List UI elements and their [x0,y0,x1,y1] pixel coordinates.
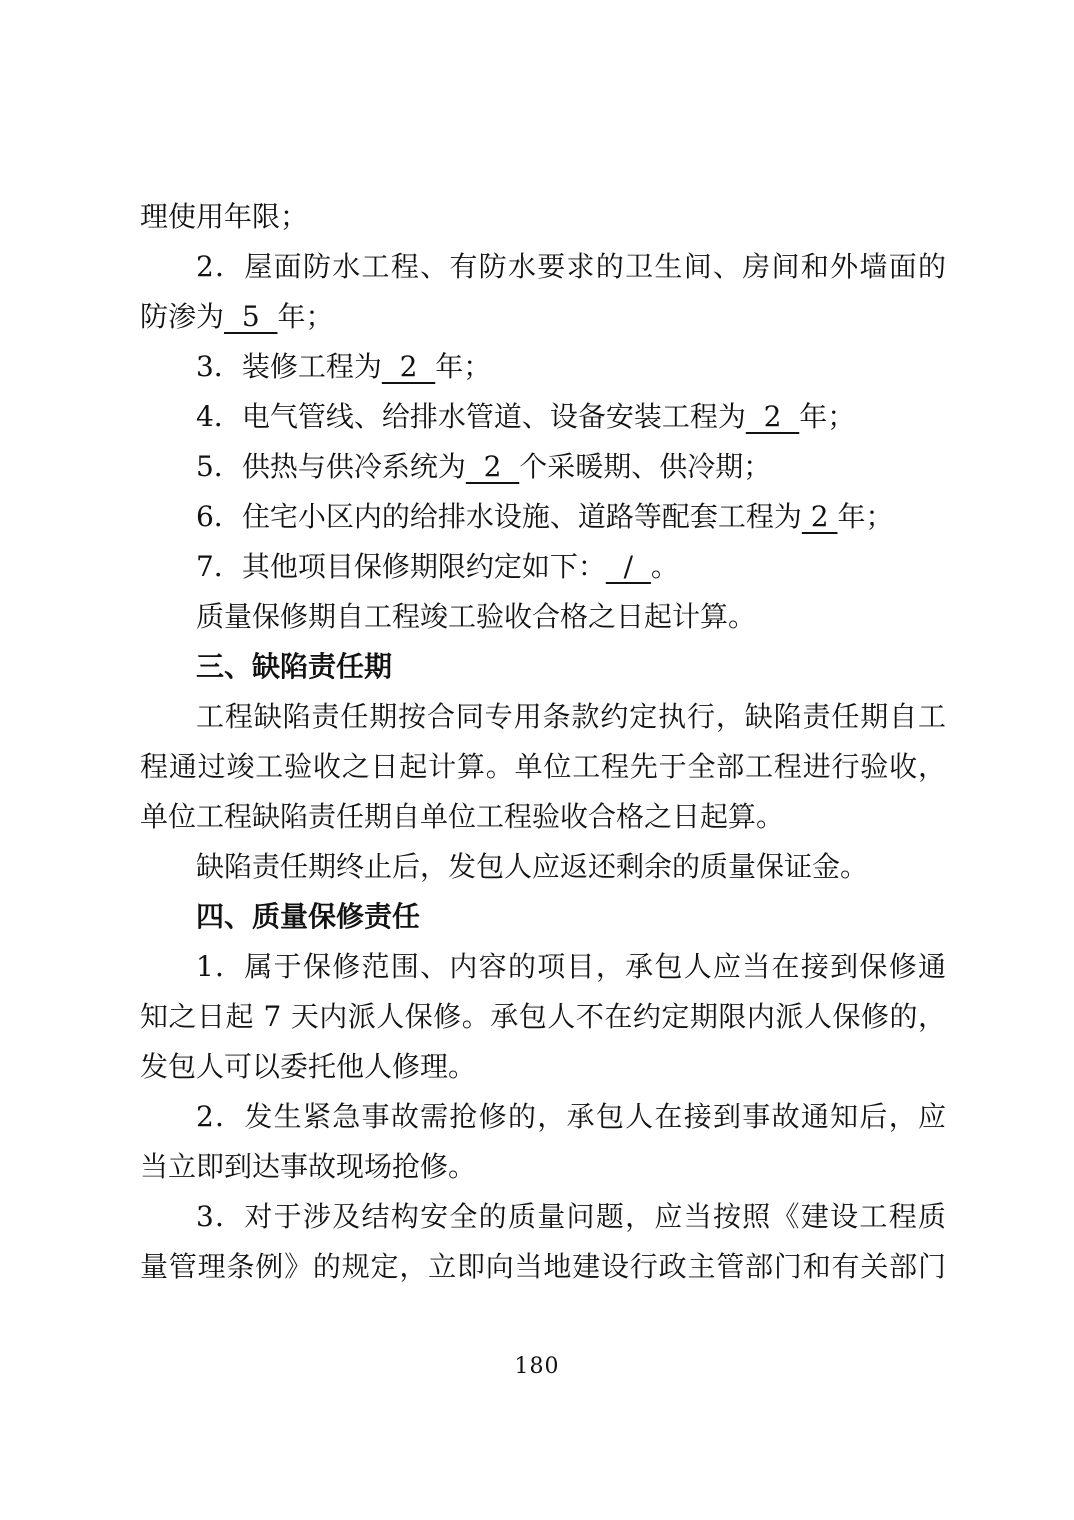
text-segment: 年； [837,500,893,533]
text-line: 量管理条例》的规定，立即向当地建设行政主管部门和有关部门 [140,1242,946,1292]
text-line: 发包人可以委托他人修理。 [140,1042,946,1092]
text-segment: 。 [651,550,679,583]
text-line: 1．属于保修范围、内容的项目，承包人应当在接到保修通 [140,942,946,992]
text-segment: 3．对于涉及结构安全的质量问题，应当按照《建设工程质 [196,1200,946,1233]
underlined-blank-value: 2 [802,500,838,533]
text-segment: 缺陷责任期终止后，发包人应返还剩余的质量保证金。 [196,850,868,883]
underlined-blank-value: 2 [746,400,799,433]
text-segment: 当立即到达事故现场抢修。 [140,1150,476,1183]
document-page: 理使用年限；2．屋面防水工程、有防水要求的卫生间、房间和外墙面的防渗为 5 年；… [0,0,1074,1520]
text-line: 2．发生紧急事故需抢修的，承包人在接到事故通知后，应 [140,1092,946,1142]
text-segment: 6．住宅小区内的给排水设施、道路等配套工程为 [196,500,802,533]
text-segment: 5．供热与供冷系统为 [196,450,466,483]
text-line: 单位工程缺陷责任期自单位工程验收合格之日起算。 [140,792,946,842]
text-segment: 3．装修工程为 [196,350,382,383]
text-line: 3．装修工程为 2 年； [140,342,946,392]
text-segment: 发包人可以委托他人修理。 [140,1050,476,1083]
text-segment: 4．电气管线、给排水管道、设备安装工程为 [196,400,746,433]
text-segment: 四、质量保修责任 [196,900,420,933]
text-segment: 2．屋面防水工程、有防水要求的卫生间、房间和外墙面的 [196,250,946,283]
text-segment: 单位工程缺陷责任期自单位工程验收合格之日起算。 [140,800,784,833]
text-segment: 质量保修期自工程竣工验收合格之日起计算。 [196,600,756,633]
text-segment: 年； [435,350,491,383]
underlined-blank-value: / [606,550,651,583]
section-heading: 三、缺陷责任期 [140,642,946,692]
text-segment: 理使用年限； [140,200,308,233]
text-line: 知之日起 7 天内派人保修。承包人不在约定期限内派人保修的， [140,992,946,1042]
text-segment: 年； [277,300,333,333]
text-line: 6．住宅小区内的给排水设施、道路等配套工程为 2 年； [140,492,946,542]
text-segment: 程通过竣工验收之日起计算。单位工程先于全部工程进行验收， [140,750,946,783]
text-line: 防渗为 5 年； [140,292,946,342]
text-segment: 工程缺陷责任期按合同专用条款约定执行，缺陷责任期自工 [196,700,946,733]
text-segment: 2．发生紧急事故需抢修的，承包人在接到事故通知后，应 [196,1100,946,1133]
text-line: 程通过竣工验收之日起计算。单位工程先于全部工程进行验收， [140,742,946,792]
text-line: 缺陷责任期终止后，发包人应返还剩余的质量保证金。 [140,842,946,892]
underlined-blank-value: 2 [466,450,519,483]
text-segment: 三、缺陷责任期 [196,650,392,683]
text-segment: 个采暖期、供冷期； [519,450,771,483]
text-line: 4．电气管线、给排水管道、设备安装工程为 2 年； [140,392,946,442]
underlined-blank-value: 5 [224,300,277,333]
text-line: 当立即到达事故现场抢修。 [140,1142,946,1192]
text-segment: 防渗为 [140,300,224,333]
text-line: 3．对于涉及结构安全的质量问题，应当按照《建设工程质 [140,1192,946,1242]
text-line: 7．其他项目保修期限约定如下： / 。 [140,542,946,592]
document-body: 理使用年限；2．屋面防水工程、有防水要求的卫生间、房间和外墙面的防渗为 5 年；… [140,192,946,1292]
text-segment: 年； [799,400,855,433]
text-segment: 7．其他项目保修期限约定如下： [196,550,606,583]
underlined-blank-value: 2 [382,350,435,383]
text-segment: 量管理条例》的规定，立即向当地建设行政主管部门和有关部门 [140,1250,946,1283]
text-line: 2．屋面防水工程、有防水要求的卫生间、房间和外墙面的 [140,242,946,292]
page-number: 180 [0,1352,1074,1382]
text-segment: 知之日起 7 天内派人保修。承包人不在约定期限内派人保修的， [140,1000,946,1033]
text-line: 理使用年限； [140,192,946,242]
text-line: 5．供热与供冷系统为 2 个采暖期、供冷期； [140,442,946,492]
section-heading: 四、质量保修责任 [140,892,946,942]
text-line: 工程缺陷责任期按合同专用条款约定执行，缺陷责任期自工 [140,692,946,742]
text-line: 质量保修期自工程竣工验收合格之日起计算。 [140,592,946,642]
text-segment: 1．属于保修范围、内容的项目，承包人应当在接到保修通 [196,950,946,983]
